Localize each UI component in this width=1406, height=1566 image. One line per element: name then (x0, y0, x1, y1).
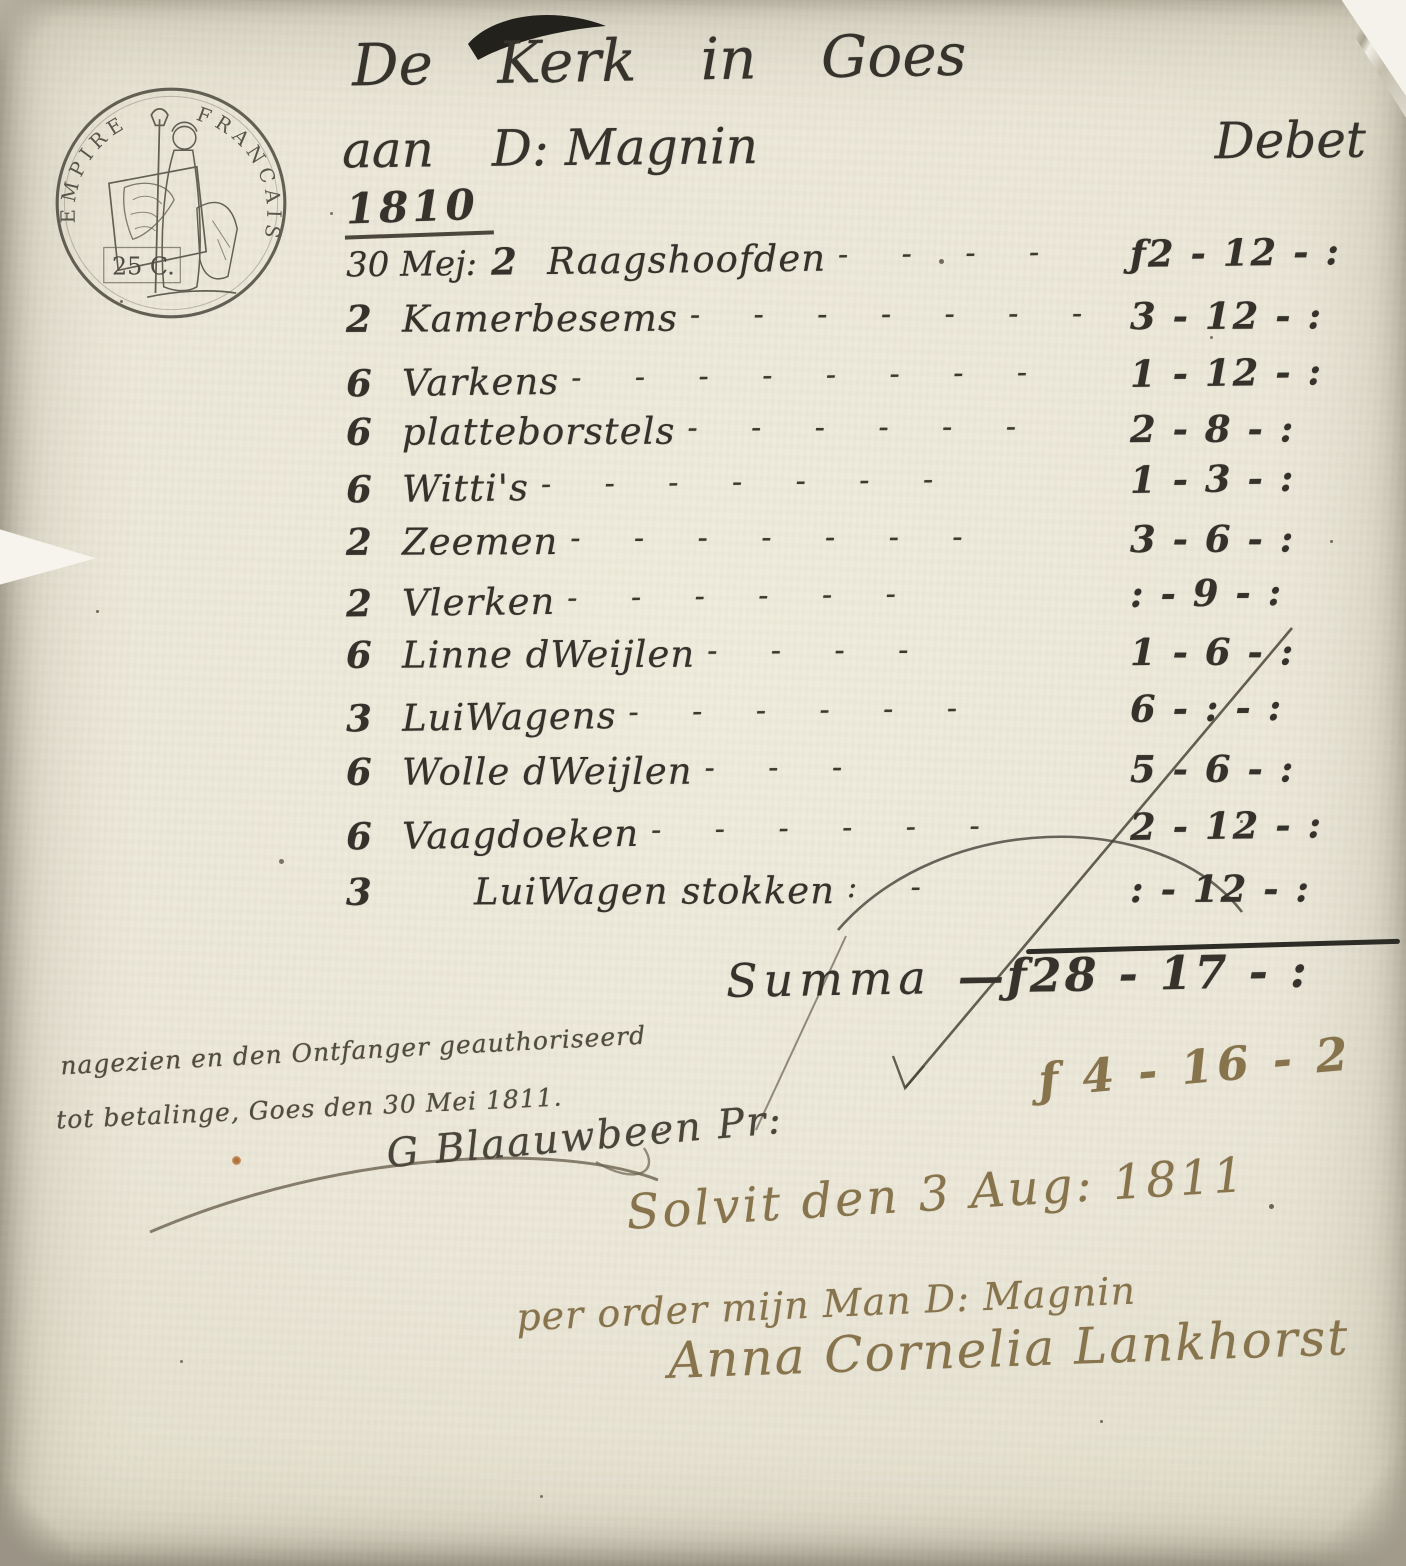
line-dashes: - - - - - - - (541, 460, 1118, 502)
invoice-line: 6 Linne dWeijlen - - - - 1 - 6 - : (346, 629, 1398, 677)
line-amount: 3 - 6 - : (1130, 516, 1398, 561)
line-qty: 6 (346, 410, 402, 454)
debtor-line: aan D: Magnin Debet (342, 111, 1367, 180)
line-qty: 6 (346, 467, 403, 512)
line-qty: 2 (346, 581, 403, 626)
line-amount: 1 - 12 - : (1130, 349, 1399, 396)
paper-corner-shadow-bottom-right (1316, 1446, 1406, 1566)
debtor-name: D: Magnin (492, 117, 759, 178)
line-qty: 6 (346, 750, 402, 794)
line-amount: 1 - 6 - : (1130, 629, 1398, 674)
paper-corner-shadow-top-left (0, 0, 80, 60)
line-amount: 6 - : - : (1130, 684, 1399, 731)
line-qty: 2 (346, 520, 402, 564)
line-dashes: - - - - - - (651, 807, 1118, 848)
paper-corner-shadow-bottom-left (0, 1476, 70, 1566)
line-amount: : - 12 - : (1130, 866, 1398, 911)
line-name: LuiWagen stokken (474, 869, 835, 913)
line-qty: 6 (346, 814, 403, 859)
line-name: Zeemen (402, 520, 558, 564)
line-dashes: : - (847, 869, 1118, 905)
stamp-denomination: 25 C. (112, 252, 175, 280)
line-name: Witti's (402, 466, 529, 511)
line-dashes: - - - - - - - (570, 519, 1118, 556)
year-heading: 1810 (343, 179, 494, 239)
line-qty: 3 (346, 870, 402, 914)
document-title: De Kerk in Goes (351, 21, 966, 100)
line-dashes: - - - - - - - (690, 296, 1118, 332)
line-name: Linne dWeijlen (402, 633, 695, 677)
line-amount: 5 - 6 - : (1130, 746, 1398, 791)
rust-stain (232, 1156, 241, 1165)
invoice-line: 6 Wolle dWeijlen - - - 5 - 6 - : (346, 746, 1398, 794)
summa-amount: —ƒ28 - 17 - : (957, 942, 1398, 1004)
invoice-line: 2 Kamerbesems - - - - - - - 3 - 12 - : (346, 293, 1398, 341)
empire-francais-stamp: EMPIRE FRANCAIS 25 C. (52, 84, 290, 322)
line-qty: 2 (491, 239, 548, 284)
line-date: 30 Mej: (346, 244, 477, 286)
line-dashes: - - - - - - (687, 409, 1118, 446)
line-dashes: - - - - (838, 234, 1118, 272)
debit-label: Debet (1214, 111, 1366, 171)
line-name: Varkens (402, 360, 560, 405)
line-name: LuiWagens (402, 694, 617, 740)
line-amount: 1 - 3 - : (1130, 455, 1399, 502)
debtor-prefix: aan (342, 120, 434, 179)
invoice-line: 6 platteborstels - - - - - - 2 - 8 - : (346, 406, 1398, 454)
line-qty: 6 (346, 633, 402, 677)
line-amount: 3 - 12 - : (1130, 293, 1398, 338)
stamp-text-francais: FRANCAIS (194, 102, 286, 245)
line-dashes: - - - - - - - - (571, 354, 1118, 396)
line-qty: 3 (346, 696, 403, 741)
invoice-line: 2 Zeemen - - - - - - - 3 - 6 - : (346, 516, 1398, 564)
line-dashes: - - - - - - (628, 689, 1118, 730)
line-amount: 2 - 8 - : (1130, 406, 1398, 451)
line-name: Vlerken (402, 580, 556, 625)
line-name: Wolle dWeijlen (402, 750, 693, 794)
line-dashes: - - - - - - (567, 574, 1118, 616)
line-qty: 6 (346, 361, 403, 406)
line-name: platteborstels (402, 410, 676, 454)
line-amount: ƒ2 - 12 - : (1130, 229, 1399, 276)
line-dashes: - - - (705, 749, 1119, 785)
line-dashes: - - - - (707, 632, 1118, 668)
line-amount: 2 - 12 - : (1130, 802, 1399, 849)
summa-label: Summa (726, 950, 933, 1008)
line-name: Raagshoofden (547, 237, 827, 283)
stamp-text-empire: EMPIRE (57, 110, 132, 223)
line-name: Kamerbesems (402, 297, 678, 341)
scanned-invoice-document: EMPIRE FRANCAIS 25 C. De Kerk in Goes aa… (0, 0, 1406, 1566)
line-qty: 2 (346, 297, 402, 341)
line-name: Vaagdoeken (402, 812, 640, 858)
line-amount: : - 9 - : (1130, 569, 1399, 616)
invoice-line: 3 LuiWagen stokken : - : - 12 - : (346, 866, 1398, 914)
